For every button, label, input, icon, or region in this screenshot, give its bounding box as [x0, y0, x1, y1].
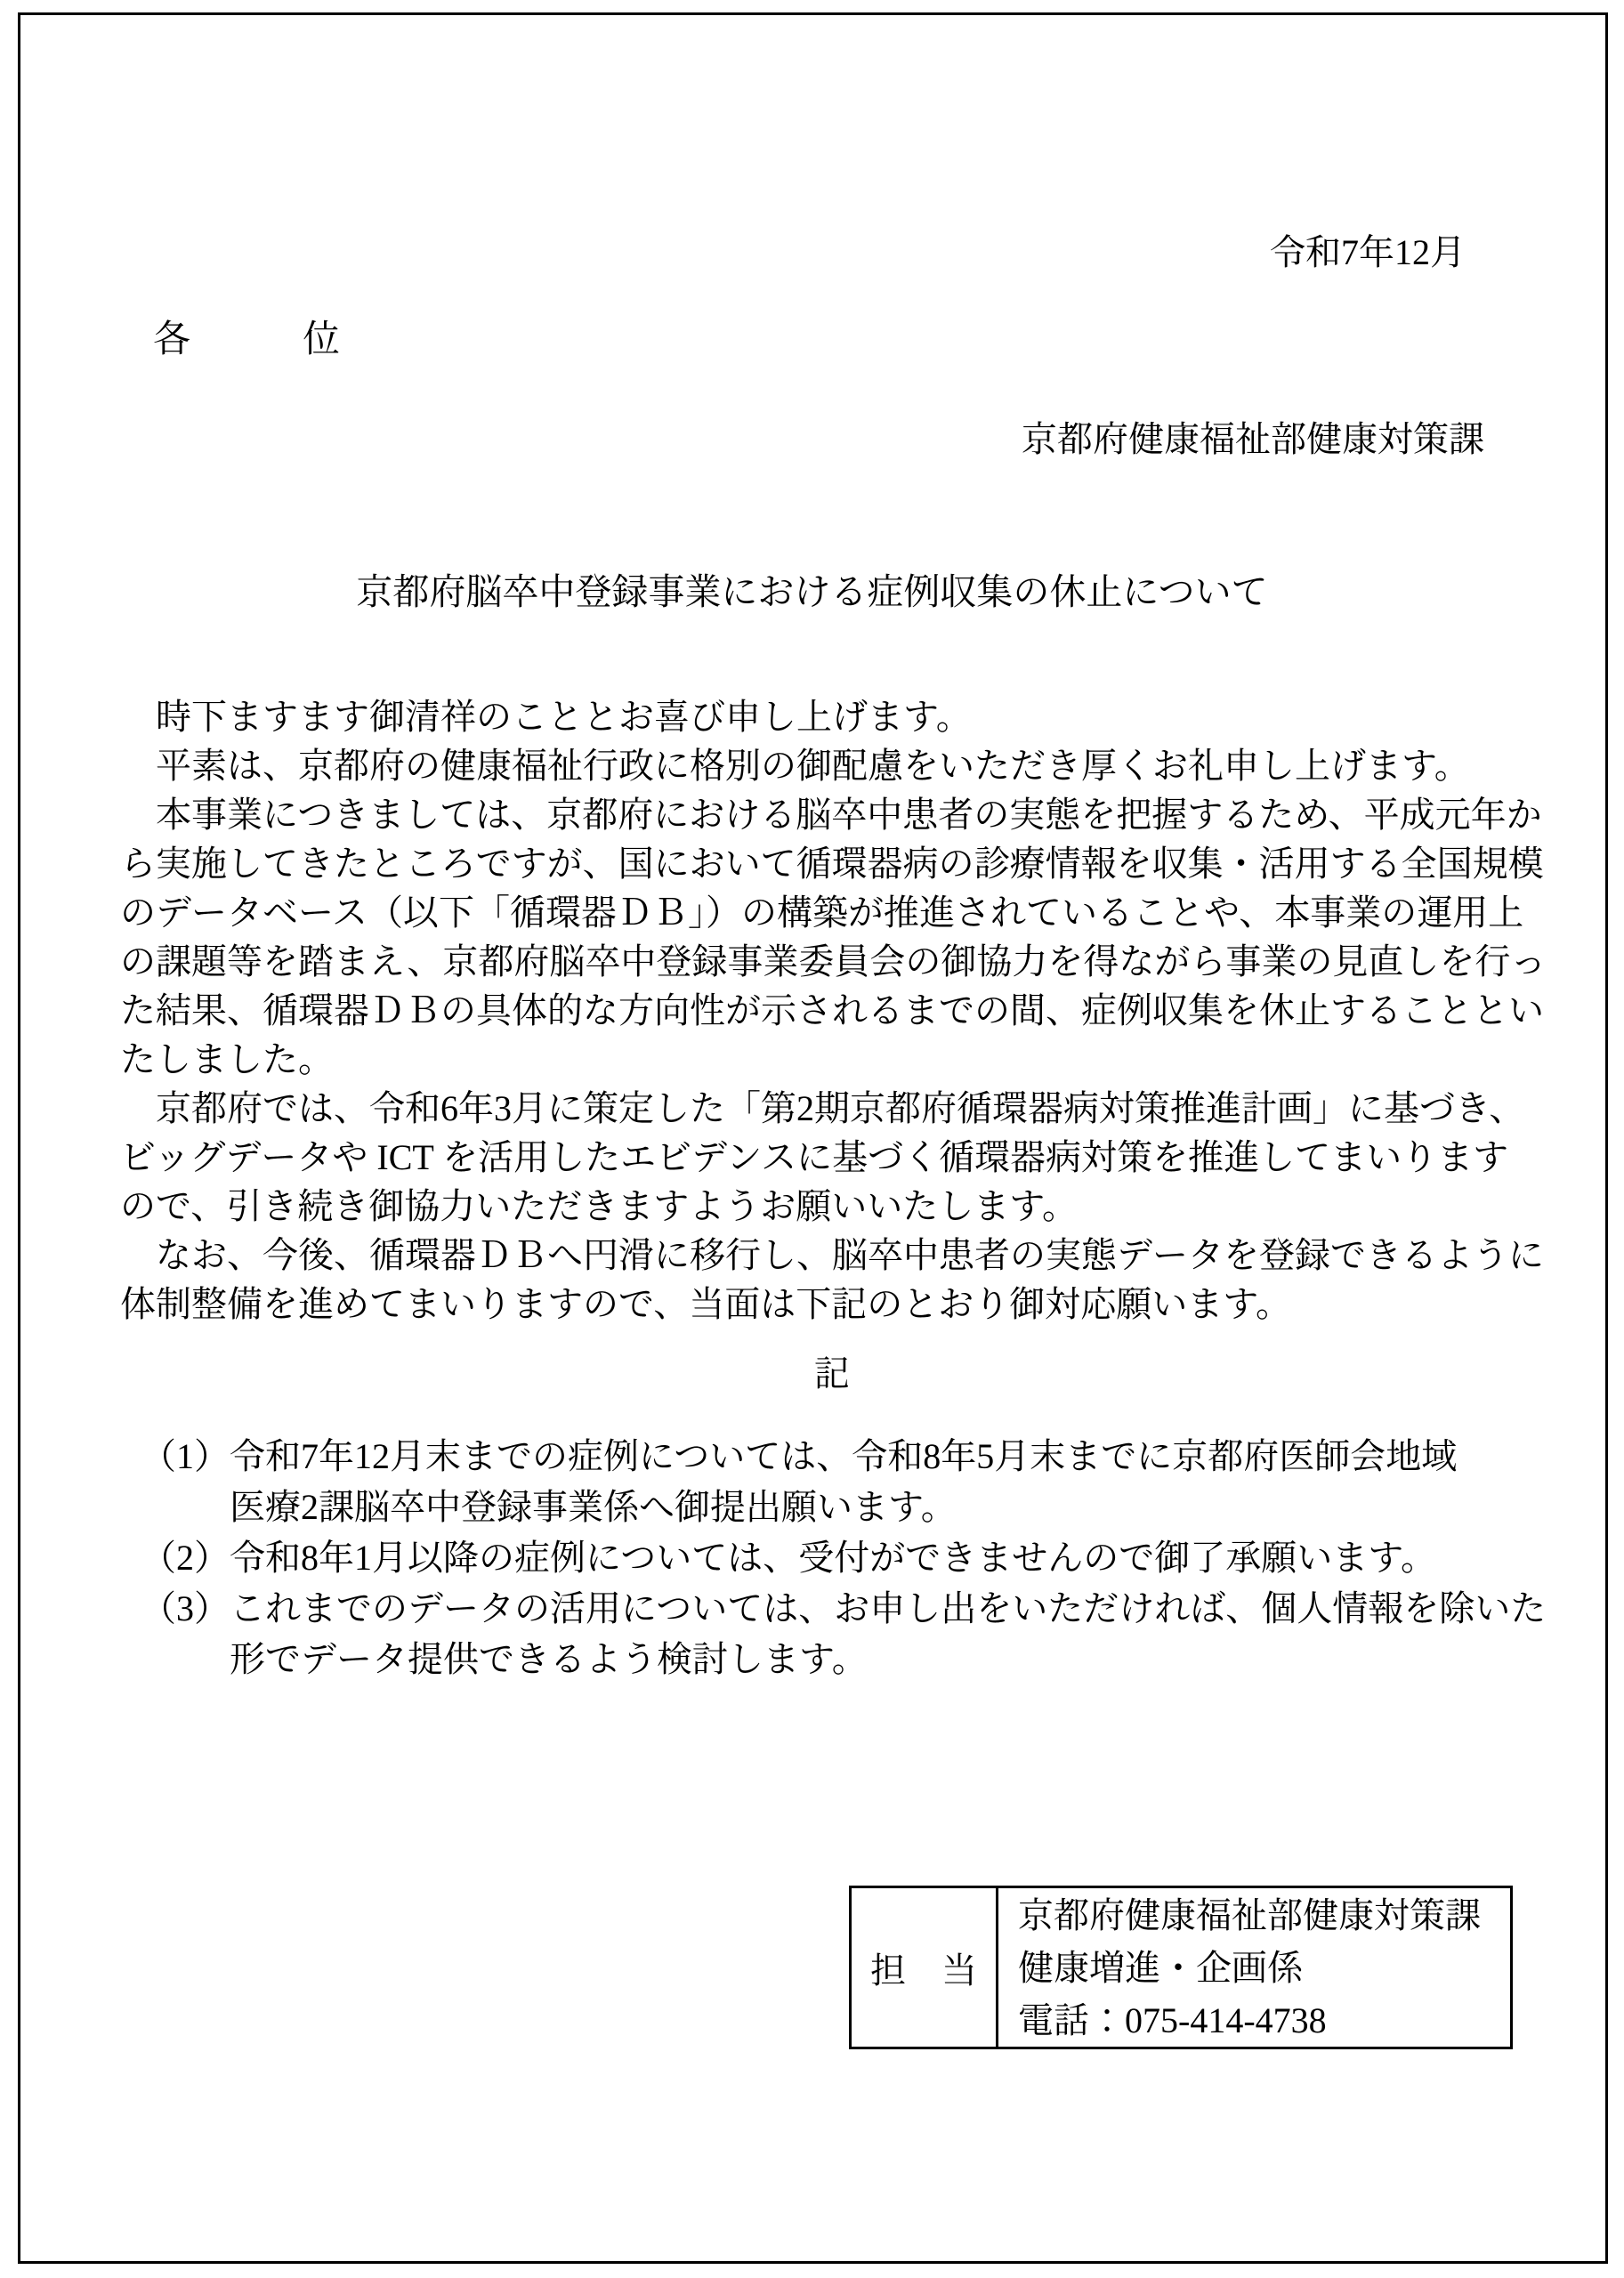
- item-list: （1）令和7年12月末までの症例については、令和8年5月末までに京都府医師会地域…: [141, 1431, 1564, 1684]
- date-line: 令和7年12月: [1270, 224, 1466, 275]
- item-3-text: これまでのデータの活用については、お申し出をいただければ、個人情報を除いた 形で…: [230, 1588, 1546, 1679]
- list-item-1: （1）令和7年12月末までの症例については、令和8年5月末までに京都府医師会地域…: [141, 1431, 1564, 1532]
- sender-organization: 京都府健康福祉部健康対策課: [1022, 411, 1484, 462]
- contact-label: 担 当: [852, 1888, 998, 2047]
- paragraph-greeting: 時下ますます御清祥のこととお喜び申し上げます。: [120, 692, 1553, 741]
- list-item-2: （2）令和8年1月以降の症例については、受付ができませんので御了承願います。: [141, 1532, 1564, 1583]
- item-1-text: 令和7年12月末までの症例については、令和8年5月末までに京都府医師会地域 医療…: [230, 1436, 1457, 1527]
- page-title: 京都府脳卒中登録事業における症例収集の休止について: [0, 562, 1624, 615]
- list-item-3: （3）これまでのデータの活用については、お申し出をいただければ、個人情報を除いた…: [141, 1583, 1564, 1684]
- item-3-marker: （3）: [141, 1588, 230, 1628]
- paragraph-thanks: 平素は、京都府の健康福祉行政に格別の御配慮をいただき厚くお礼申し上げます。: [120, 741, 1553, 790]
- contact-line-department: 京都府健康福祉部健康対策課: [1018, 1889, 1510, 1942]
- contact-line-section: 健康増進・企画係: [1018, 1942, 1510, 1994]
- paragraph-plan: 京都府では、令和6年3月に策定した「第2期京都府循環器病対策推進計画」に基づき、…: [120, 1084, 1553, 1231]
- contact-info: 京都府健康福祉部健康対策課 健康増進・企画係 電話：075-414-4738: [998, 1888, 1510, 2047]
- paragraph-background: 本事業につきましては、京都府における脳卒中患者の実態を把握するため、平成元年か …: [120, 790, 1553, 1084]
- recipient: 各 位: [153, 310, 340, 363]
- contact-line-phone: 電話：075-414-4738: [1018, 1994, 1510, 2047]
- ki-marker: 記: [120, 1345, 1544, 1396]
- paragraph-transition: なお、今後、循環器ＤＢへ円滑に移行し、脳卒中患者の実態データを登録できるように …: [120, 1231, 1553, 1329]
- item-1-marker: （1）: [141, 1436, 230, 1476]
- item-2-text: 令和8年1月以降の症例については、受付ができませんので御了承願います。: [230, 1538, 1436, 1578]
- contact-box: 担 当 京都府健康福祉部健康対策課 健康増進・企画係 電話：075-414-47…: [849, 1886, 1513, 2049]
- body-text: 時下ますます御清祥のこととお喜び申し上げます。 平素は、京都府の健康福祉行政に格…: [120, 692, 1553, 1329]
- document-page: 令和7年12月 各 位 京都府健康福祉部健康対策課 京都府脳卒中登録事業における…: [0, 0, 1624, 2278]
- item-2-marker: （2）: [141, 1538, 230, 1578]
